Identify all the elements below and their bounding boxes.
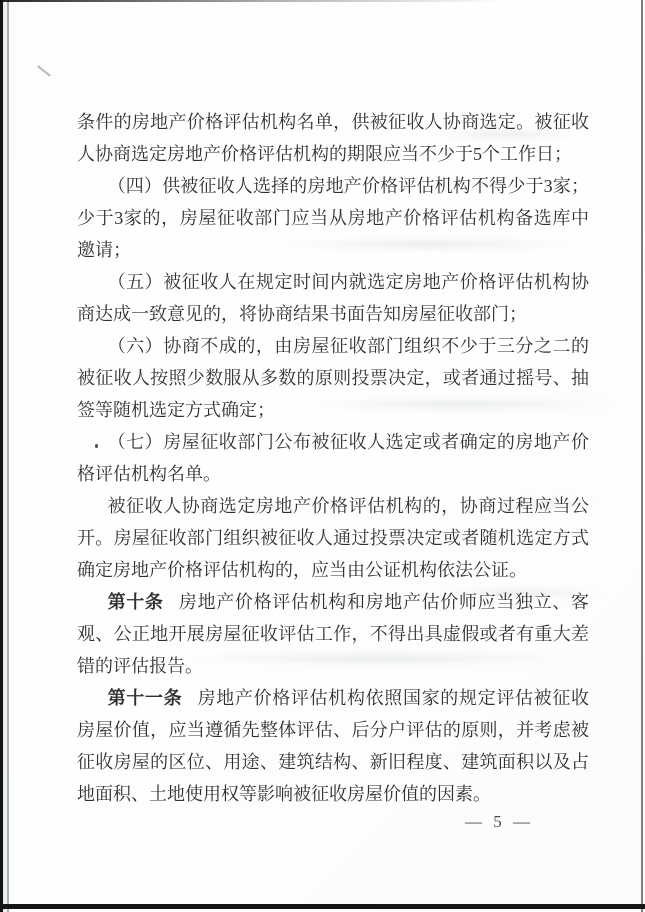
paragraph-article-10: 第十条房地产价格评估机构和房地产估价师应当独立、客观、公正地开展房屋征收评估工作…	[77, 586, 589, 682]
article-number-lead: 第十条	[108, 592, 164, 612]
paragraph-item-5: （五）被征收人在规定时间内就选定房地产价格评估机构协商达成一致意见的，将协商结果…	[77, 266, 589, 330]
paragraph-item-7: （七）房屋征收部门公布被征收人选定或者确定的房地产价格评估机构名单。	[77, 426, 589, 490]
scan-scratch	[37, 65, 51, 76]
paragraph-text: （七）房屋征收部门公布被征收人选定或者确定的房地产价格评估机构名单。	[77, 432, 589, 484]
paragraph-item-4: （四）供被征收人选择的房地产价格评估机构不得少于3家；少于3家的，房屋征收部门应…	[77, 170, 589, 266]
paragraph-text: 被征收人协商选定房地产价格评估机构的，协商过程应当公开。房屋征收部门组织被征收人…	[77, 496, 589, 580]
scan-edge-left-line	[7, 0, 9, 912]
page-number: — 5 —	[0, 810, 531, 834]
scan-edge-bottom-black	[0, 904, 645, 909]
paragraph-text: （五）被征收人在规定时间内就选定房地产价格评估机构协商达成一致意见的，将协商结果…	[77, 272, 589, 324]
article-number-lead: 第十一条	[108, 688, 183, 708]
document-body: 条件的房地产价格评估机构名单，供被征收人协商选定。被征收人协商选定房地产价格评估…	[77, 106, 589, 810]
scan-edge-top-line	[0, 0, 503, 2]
paragraph-text: 条件的房地产价格评估机构名单，供被征收人协商选定。被征收人协商选定房地产价格评估…	[77, 112, 589, 164]
scan-edge-right-line	[641, 0, 643, 912]
paragraph-text: （四）供被征收人选择的房地产价格评估机构不得少于3家；少于3家的，房屋征收部门应…	[77, 176, 589, 260]
paragraph-text: （六）协商不成的，由房屋征收部门组织不少于三分之二的被征收人按照少数服从多数的原…	[77, 336, 589, 420]
scanned-document-page: 条件的房地产价格评估机构名单，供被征收人协商选定。被征收人协商选定房地产价格评估…	[0, 0, 645, 912]
paragraph-article-11: 第十一条房地产价格评估机构依照国家的规定评估被征收房屋价值，应当遵循先整体评估、…	[77, 682, 589, 810]
paragraph-continuation: 条件的房地产价格评估机构名单，供被征收人协商选定。被征收人协商选定房地产价格评估…	[77, 106, 589, 170]
paragraph-item-6: （六）协商不成的，由房屋征收部门组织不少于三分之二的被征收人按照少数服从多数的原…	[77, 330, 589, 426]
paragraph-notary: 被征收人协商选定房地产价格评估机构的，协商过程应当公开。房屋征收部门组织被征收人…	[77, 490, 589, 586]
